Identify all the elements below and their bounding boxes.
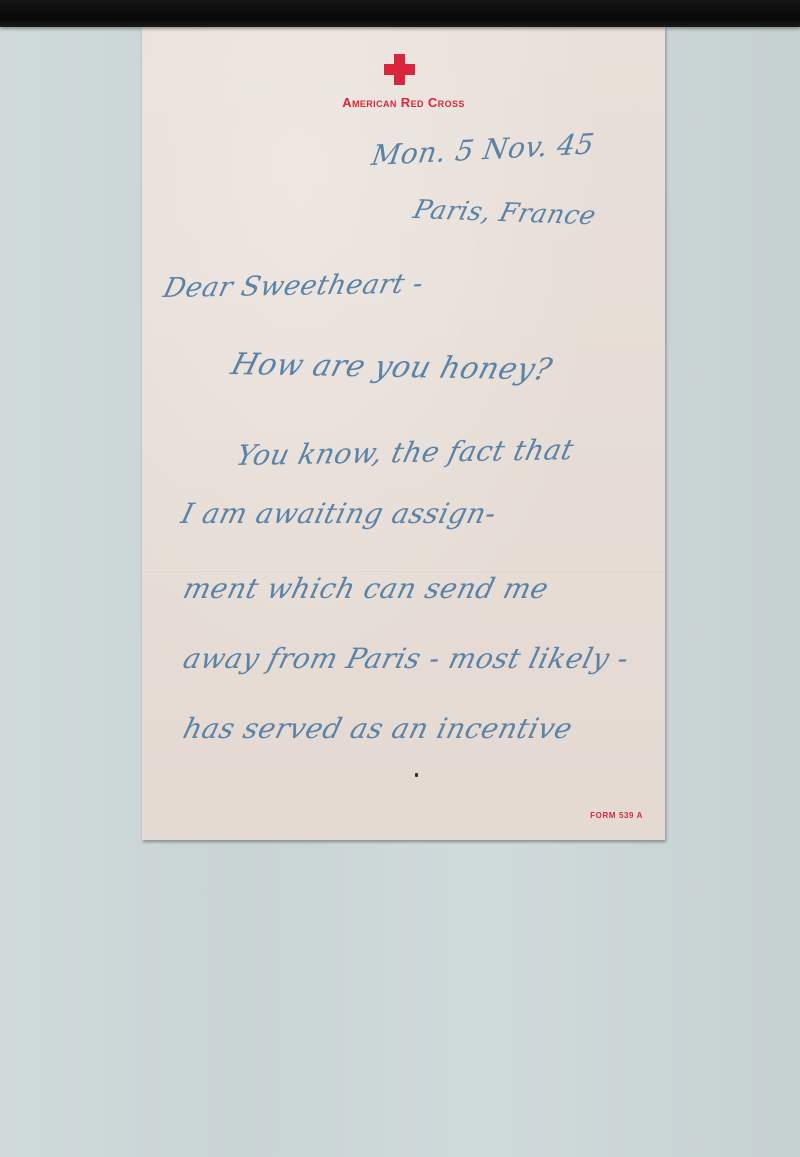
letter-place: Paris, France <box>410 195 599 231</box>
ink-dot <box>415 773 418 777</box>
body-line: away from Paris - most likely - <box>180 642 633 675</box>
letter-date: Mon. 5 Nov. 45 <box>369 127 596 172</box>
scanner-top-bar <box>0 0 800 27</box>
red-cross-icon <box>384 54 415 85</box>
letterhead-organization: American Red Cross <box>142 95 665 110</box>
form-number: FORM 539 A <box>590 811 643 820</box>
body-line: has served as an incentive <box>180 712 576 745</box>
body-line: ment which can send me <box>180 572 552 605</box>
salutation: Dear Sweetheart - <box>160 268 426 304</box>
body-line: How are you honey? <box>227 347 556 387</box>
body-line: You know, the fact that <box>233 433 577 472</box>
body-line: I am awaiting assign- <box>178 497 500 530</box>
letter-page: American Red Cross Mon. 5 Nov. 45 Paris,… <box>142 27 665 840</box>
